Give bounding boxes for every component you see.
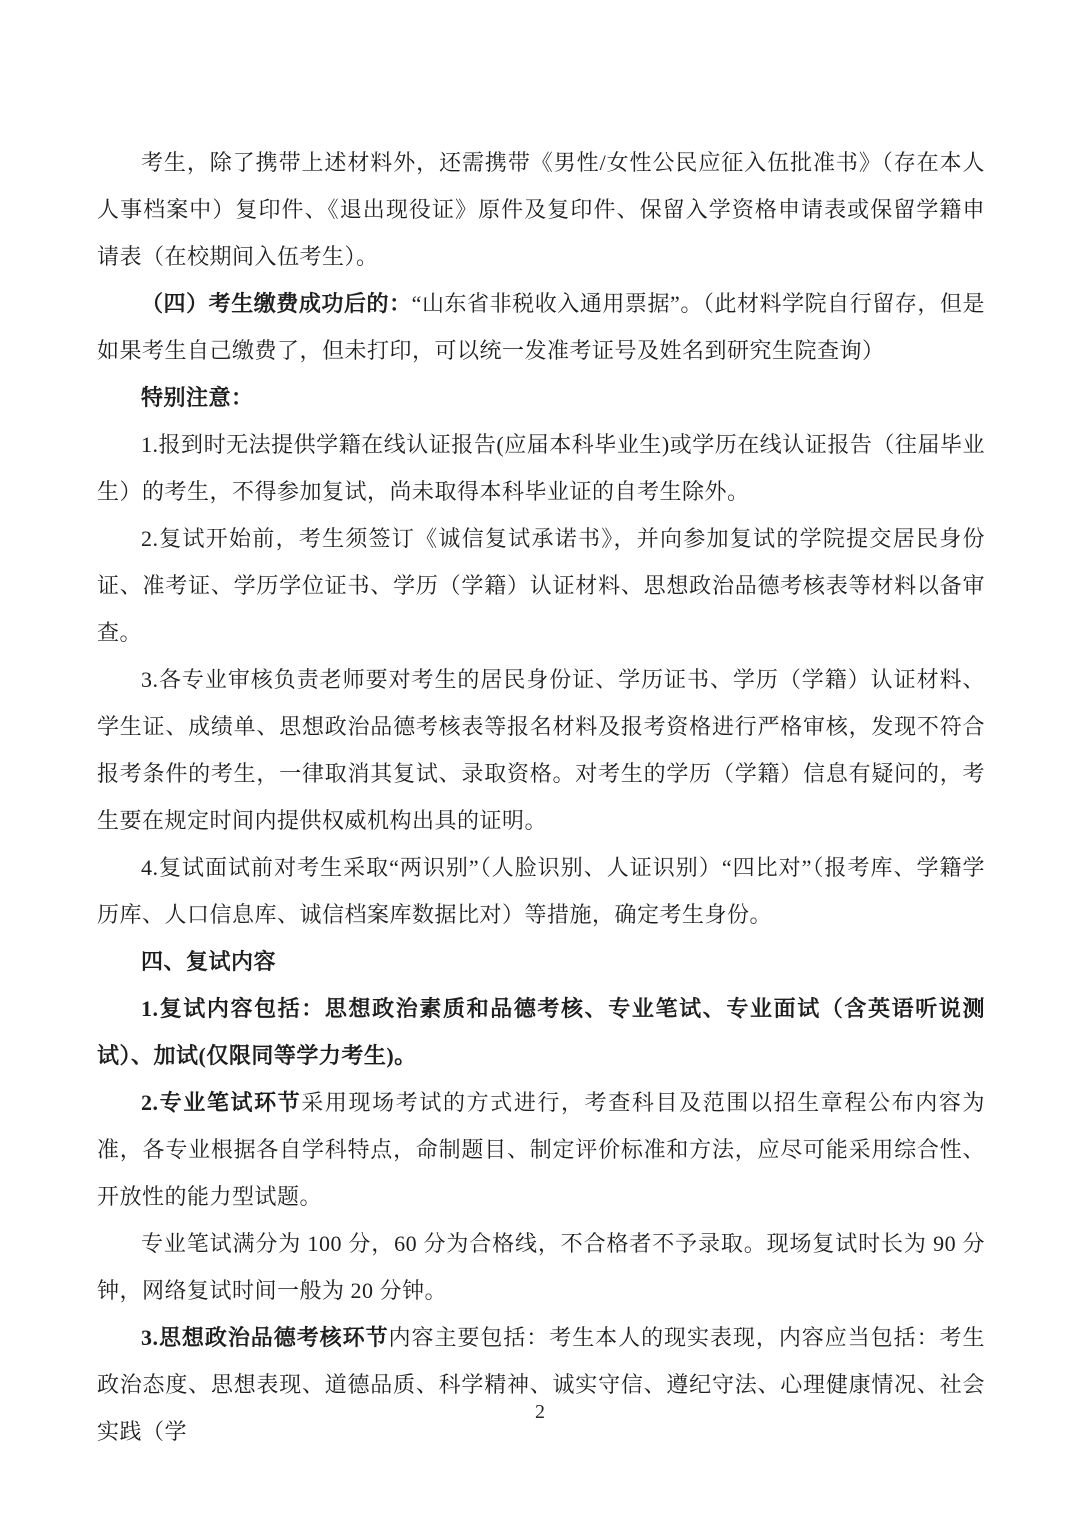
text-run: 2.复试开始前，考生须签订《诚信复试承诺书》，并向参加复试的学院提交居民身份证、…: [97, 526, 985, 645]
heading-section-four: 四、复试内容: [97, 938, 985, 985]
para-notice-4: 4.复试面试前对考生采取“两识别”（人脸识别、人证识别）“四比对”（报考库、学籍…: [97, 844, 985, 938]
document-page: 考生，除了携带上述材料外，还需携带《男性/女性公民应征入伍批准书》（存在本人人事…: [0, 0, 1080, 1527]
heading-special-notice: 特别注意：: [97, 374, 985, 421]
para-content-3: 3.思想政治品德考核环节内容主要包括：考生本人的现实表现，内容应当包括：考生政治…: [97, 1314, 985, 1455]
para-notice-3: 3.各专业审核负责老师要对考生的居民身份证、学历证书、学历（学籍）认证材料、学生…: [97, 656, 985, 844]
page-number: 2: [0, 1392, 1080, 1432]
text-run-bold: （四）考生缴费成功后的：: [141, 291, 412, 316]
text-run: 1.报到时无法提供学籍在线认证报告(应届本科毕业生)或学历在线认证报告（往届毕业…: [97, 432, 985, 504]
document-text-block: 考生，除了携带上述材料外，还需携带《男性/女性公民应征入伍批准书》（存在本人人事…: [97, 139, 985, 1455]
para-content-2b: 专业笔试满分为 100 分，60 分为合格线，不合格者不予录取。现场复试时长为 …: [97, 1220, 985, 1314]
text-run-bold: 特别注意：: [141, 385, 254, 410]
text-run: 3.各专业审核负责老师要对考生的居民身份证、学历证书、学历（学籍）认证材料、学生…: [97, 667, 985, 833]
text-run: 4.复试面试前对考生采取“两识别”（人脸识别、人证识别）“四比对”（报考库、学籍…: [97, 855, 985, 927]
para-content-2: 2.专业笔试环节采用现场考试的方式进行，考查科目及范围以招生章程公布内容为准，各…: [97, 1079, 985, 1220]
text-run: 考生，除了携带上述材料外，还需携带《男性/女性公民应征入伍批准书》（存在本人人事…: [97, 150, 985, 269]
text-run: 专业笔试满分为 100 分，60 分为合格线，不合格者不予录取。现场复试时长为 …: [97, 1231, 985, 1303]
text-run-bold: 四、复试内容: [141, 949, 276, 974]
para-payment-receipt: （四）考生缴费成功后的：“山东省非税收入通用票据”。（此材料学院自行留存，但是如…: [97, 280, 985, 374]
text-run-bold: 3.思想政治品德考核环节: [141, 1325, 389, 1350]
para-content-1: 1.复试内容包括：思想政治素质和品德考核、专业笔试、专业面试（含英语听说测试）、…: [97, 985, 985, 1079]
para-veteran-materials: 考生，除了携带上述材料外，还需携带《男性/女性公民应征入伍批准书》（存在本人人事…: [97, 139, 985, 280]
text-run-bold: 2.专业笔试环节: [141, 1090, 301, 1115]
para-notice-1: 1.报到时无法提供学籍在线认证报告(应届本科毕业生)或学历在线认证报告（往届毕业…: [97, 421, 985, 515]
para-notice-2: 2.复试开始前，考生须签订《诚信复试承诺书》，并向参加复试的学院提交居民身份证、…: [97, 515, 985, 656]
text-run-bold: 1.复试内容包括：思想政治素质和品德考核、专业笔试、专业面试（含英语听说测试）、…: [97, 996, 985, 1068]
